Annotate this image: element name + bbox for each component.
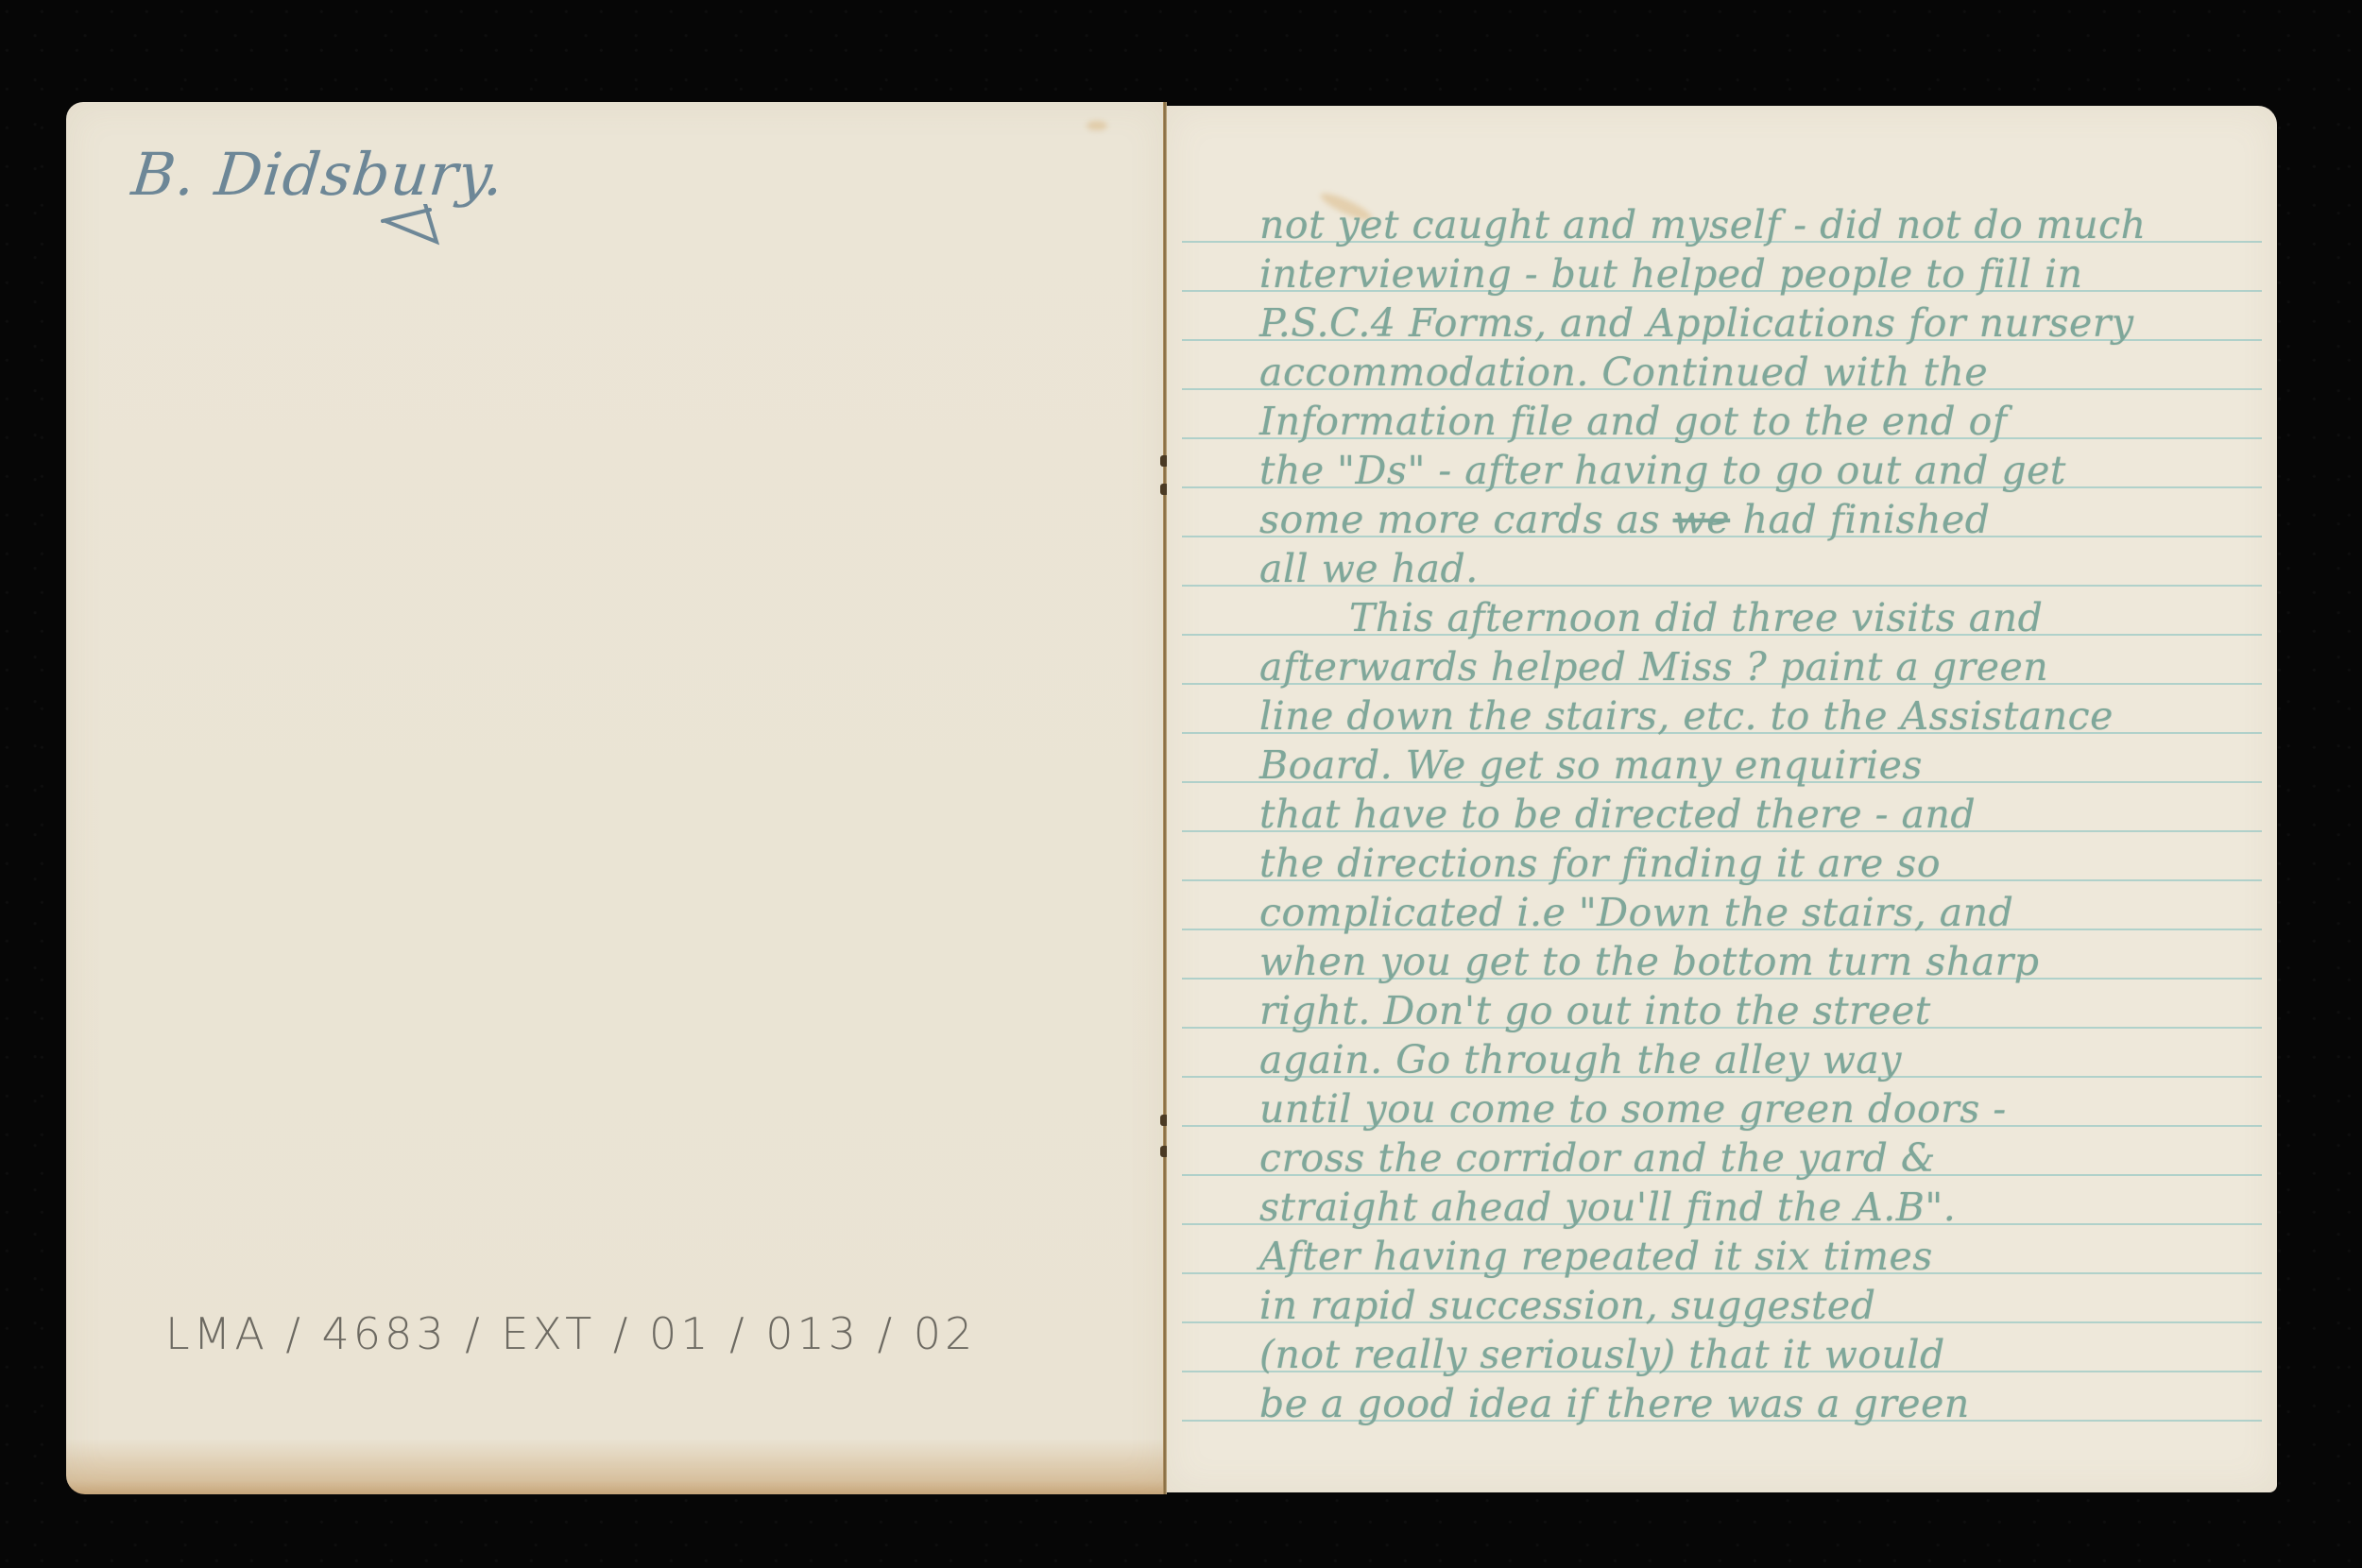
handwritten-line: (not really seriously) that it would bbox=[1259, 1330, 1945, 1379]
diary-entry: not yet caught and myself - did not do m… bbox=[1167, 106, 2277, 1492]
notebook-spread: B. Didsbury. LMA / 4683 / EXT / 01 / 013… bbox=[66, 102, 2277, 1494]
handwritten-line: P.S.C.4 Forms, and Applications for nurs… bbox=[1259, 298, 2134, 348]
handwritten-line: interviewing - but helped people to fill… bbox=[1259, 249, 2083, 298]
handwritten-line: Board. We get so many enquiries bbox=[1259, 741, 1923, 790]
handwritten-line: in rapid succession, suggested bbox=[1259, 1281, 1875, 1330]
handwritten-line: complicated i.e "Down the stairs, and bbox=[1259, 888, 2013, 937]
handwritten-line: afterwards helped Miss ? paint a green bbox=[1259, 642, 2048, 691]
handwritten-line: that have to be directed there - and bbox=[1259, 790, 1976, 839]
handwritten-line: right. Don't go out into the street bbox=[1259, 986, 1931, 1035]
handwritten-line: not yet caught and myself - did not do m… bbox=[1259, 200, 2147, 249]
signature-flourish-icon bbox=[378, 204, 482, 251]
handwritten-line: accommodation. Continued with the bbox=[1259, 348, 1988, 397]
handwritten-line: Information file and got to the end of bbox=[1259, 397, 2008, 446]
handwritten-line: the "Ds" - after having to go out and ge… bbox=[1259, 446, 2066, 495]
handwritten-line-paragraph-start: This afternoon did three visits and bbox=[1259, 593, 2043, 642]
signature: B. Didsbury. bbox=[128, 140, 507, 209]
handwritten-line: line down the stairs, etc. to the Assist… bbox=[1259, 691, 2114, 741]
handwritten-line: be a good idea if there was a green bbox=[1259, 1379, 1970, 1428]
paper-stain bbox=[1087, 121, 1107, 130]
handwritten-line-with-strikethrough: some more cards as we had finished bbox=[1259, 495, 1991, 544]
handwritten-line: the directions for finding it are so bbox=[1259, 839, 1941, 888]
handwritten-line: cross the corridor and the yard & bbox=[1259, 1133, 1936, 1183]
handwritten-line: After having repeated it six times bbox=[1259, 1232, 1933, 1281]
struck-word: we bbox=[1673, 497, 1730, 542]
handwritten-line: until you come to some green doors - bbox=[1259, 1084, 2007, 1133]
handwritten-line: straight ahead you'll find the A.B". bbox=[1259, 1183, 1956, 1232]
archive-reference: LMA / 4683 / EXT / 01 / 013 / 02 bbox=[165, 1308, 976, 1359]
left-page: B. Didsbury. LMA / 4683 / EXT / 01 / 013… bbox=[66, 102, 1165, 1494]
right-page: not yet caught and myself - did not do m… bbox=[1167, 106, 2277, 1492]
handwritten-line: again. Go through the alley way bbox=[1259, 1035, 1902, 1084]
handwritten-line: when you get to the bottom turn sharp bbox=[1259, 937, 2040, 986]
handwritten-line: all we had. bbox=[1259, 544, 1479, 593]
